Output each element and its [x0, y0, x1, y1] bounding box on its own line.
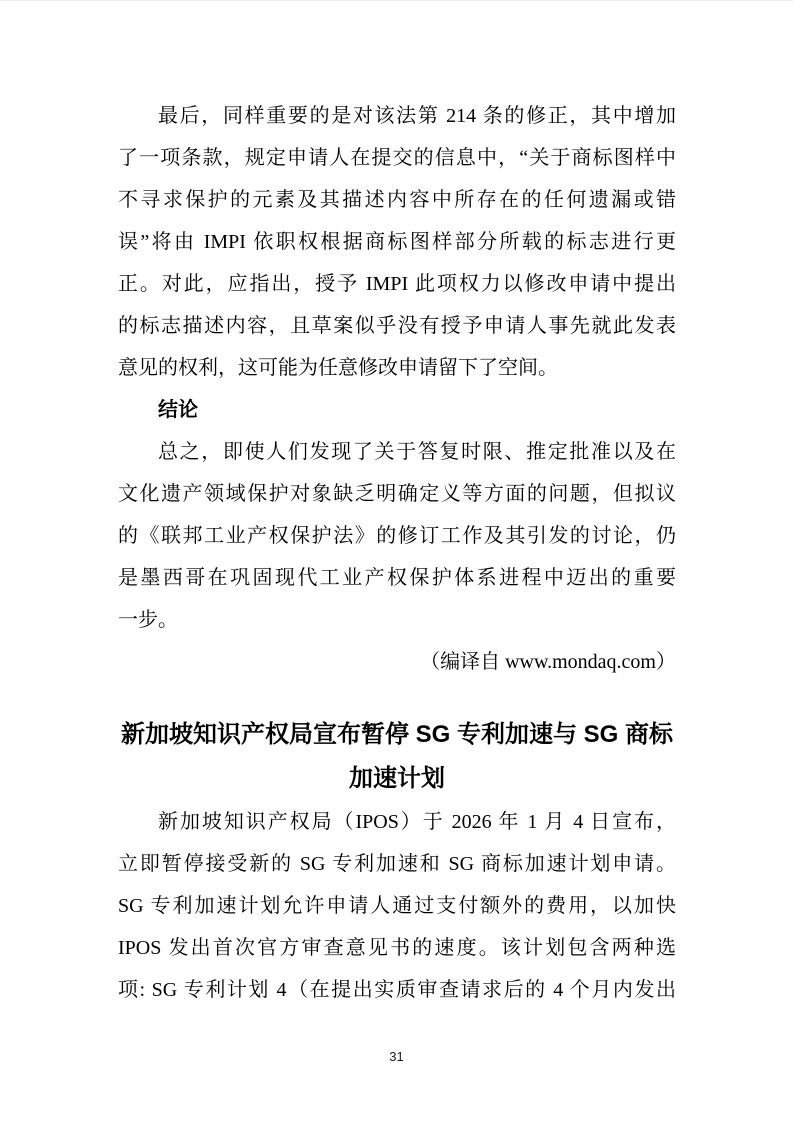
text-line: 新加坡知识产权局（IPOS）于 2026 年 1 月 4 日宣布， — [118, 801, 676, 843]
mexico-conclusion-paragraph: 总之，即使人们发现了关于答复时限、推定批准以及在文化遗产领域保护对象缺乏明确定义… — [118, 431, 676, 641]
text-line: 一步。 — [118, 599, 676, 641]
text-line: 项: SG 专利计划 4（在提出实质审查请求后的 4 个月内发出 — [118, 969, 676, 1011]
text-line: 是墨西哥在巩固现代工业产权保护体系进程中迈出的重要 — [118, 557, 676, 599]
text-line: 意见的权利，这可能为任意修改申请留下了空间。 — [118, 347, 676, 389]
text-line: 正。对此，应指出，授予 IMPI 此项权力以修改申请中提出 — [118, 263, 676, 305]
text-line: 的标志描述内容，且草案似乎没有授予申请人事先就此发表 — [118, 305, 676, 347]
text-line: 误”将由 IMPI 依职权根据商标图样部分所载的标志进行更 — [118, 221, 676, 263]
singapore-article-title: 新加坡知识产权局宣布暂停 SG 专利加速与 SG 商标 加速计划 — [118, 713, 676, 801]
source-attribution: （编译自 www.mondaq.com） — [118, 641, 676, 683]
article-title-line-2: 加速计划 — [118, 757, 676, 801]
article-title-line-1: 新加坡知识产权局宣布暂停 SG 专利加速与 SG 商标 — [118, 713, 676, 757]
conclusion-heading: 结论 — [118, 389, 676, 431]
text-line: IPOS 发出首次官方审查意见书的速度。该计划包含两种选 — [118, 927, 676, 969]
page-number: 31 — [0, 1049, 793, 1065]
text-line: 了一项条款，规定申请人在提交的信息中，“关于商标图样中 — [118, 137, 676, 179]
text-line: SG 专利加速计划允许申请人通过支付额外的费用，以加快 — [118, 885, 676, 927]
text-line: 不寻求保护的元素及其描述内容中所存在的任何遗漏或错 — [118, 179, 676, 221]
mexico-closing-paragraph: 最后，同样重要的是对该法第 214 条的修正，其中增加了一项条款，规定申请人在提… — [118, 95, 676, 389]
document-page: 最后，同样重要的是对该法第 214 条的修正，其中增加了一项条款，规定申请人在提… — [0, 0, 793, 1122]
text-line: 最后，同样重要的是对该法第 214 条的修正，其中增加 — [118, 95, 676, 137]
singapore-opening-paragraph: 新加坡知识产权局（IPOS）于 2026 年 1 月 4 日宣布，立即暂停接受新… — [118, 801, 676, 1011]
text-line: 立即暂停接受新的 SG 专利加速和 SG 商标加速计划申请。 — [118, 843, 676, 885]
text-line: 总之，即使人们发现了关于答复时限、推定批准以及在 — [118, 431, 676, 473]
text-line: 文化遗产领域保护对象缺乏明确定义等方面的问题，但拟议 — [118, 473, 676, 515]
text-line: 的《联邦工业产权保护法》的修订工作及其引发的讨论，仍 — [118, 515, 676, 557]
